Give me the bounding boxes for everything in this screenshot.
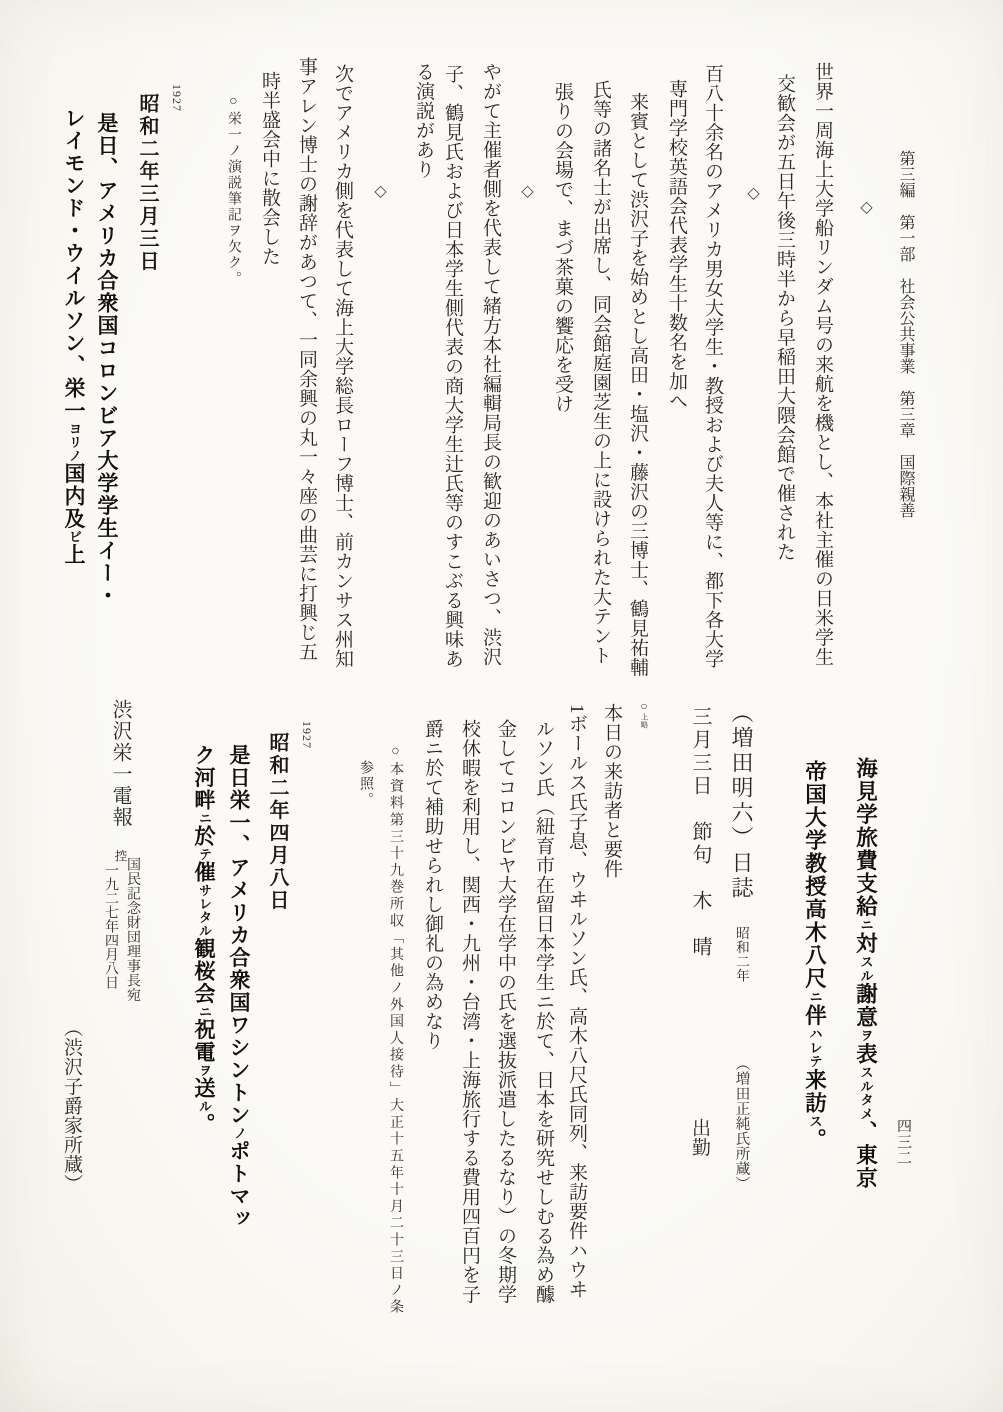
- diamond-4: ◇: [371, 181, 387, 201]
- source-2-title: 渋沢栄一電報 控: [110, 699, 130, 862]
- p3-l2: 子、鶴見氏および日本学生側代表の商大学生辻氏等のすこぶる興味あ: [443, 64, 462, 669]
- diamond-3: ◇: [518, 181, 534, 201]
- diamond-1: ◇: [857, 197, 873, 217]
- diary-l1: 本日の来訪者と要件: [602, 703, 621, 879]
- p2-l4: 氏等の諸名士が出席し、同会館庭園芝生の上に設けられた大テント: [591, 80, 610, 665]
- scanned-book-page: 第三編 第一部 社会公共事業 第三章 国際親善◇世界一周海上大学船リンダム号の来…: [0, 0, 1003, 1412]
- note-3-l1: ○本資料第三十九巻所収「其他ノ外国人接待」大正十五年十月二十三日ノ条: [388, 744, 402, 1316]
- diary-l2: 1ボールス氏子息、ウヰルソン氏、高木八尺氏同列、来訪要件ハウヰ: [567, 704, 586, 1299]
- note-3-l2: 参照。: [358, 760, 372, 808]
- diary-l5: 校休暇を利用し、関西・九州・台湾・上海旅行する費用四百円を子: [460, 719, 479, 1304]
- headline-2-l2: ク河畔ニ於テ催サレタル観桜会ニ祝電ヲ送ル。: [193, 744, 214, 1136]
- p2-l5: 張りの会場で、まづ茶菓の饗応を受け: [553, 82, 572, 414]
- p4-l3: 時半盛会中に散会した: [260, 71, 279, 266]
- year-1: 1927: [171, 84, 183, 112]
- source-2-owner: （渋沢子爵家所蔵）: [62, 1018, 81, 1194]
- p2-l3: 来賓として渋沢子を始めとし高田・塩沢・藤沢の三博士、鶴見祐輔: [628, 92, 647, 677]
- source-2-addressee: 国民記念財団理事長宛: [125, 857, 139, 1002]
- headline-1-l4: 帝国大学教授高木八尺ニ伴ハレテ来訪ス。: [803, 760, 825, 1151]
- diary-l4: 金してコロンビヤ大学在学中の氏を選抜派遣したるなり）の冬期学: [496, 719, 515, 1304]
- folio-header: 第三編 第一部 社会公共事業 第三章 国際親善: [897, 150, 913, 518]
- p4-l1: 次でアメリカ側を代表して海上大学総長ローフ博士、前カンサス州知: [333, 64, 352, 669]
- headline-1-l1: 是日、アメリカ合衆国コロンビア大学学生イー・: [96, 112, 117, 607]
- diary-l3: ルソン氏（紐育市在留日本学生ニ於て、日本を研究せしむる為め醵: [534, 719, 553, 1304]
- headline-2-l1: 是日栄一、アメリカ合衆国ワシントンノポトマッ: [228, 744, 249, 1230]
- diary-date: 三月三日 節句 木 晴: [690, 706, 710, 959]
- source-1-title: （増田明六）日誌 昭和二年: [730, 701, 752, 983]
- p4-l2: 事アレン博士の謝辞があつて、一同余興の丸一々座の曲芸に打興じ五: [297, 57, 316, 662]
- p2-l2: 専門学校英語会代表学生十数名を加へ: [667, 79, 686, 411]
- headline-1-l3: 海見学旅費支給ニ対スル謝意ヲ表スルタメ、東京: [854, 757, 876, 1190]
- page-number: 四三二: [895, 1118, 910, 1166]
- p1-l1: 世界一周海上大学船リンダム号の来航を機とし、本社主催の日米学生: [813, 62, 832, 667]
- note-1: ○栄一ノ演説筆記ヲ欠ク。: [226, 94, 240, 287]
- diamond-2: ◇: [744, 183, 760, 203]
- source-2-date: 一九二七年四月八日: [103, 863, 117, 989]
- date-heading-2: 昭和二年四月八日: [267, 732, 287, 912]
- note-2: ○上略: [638, 699, 650, 729]
- date-heading-1: 昭和二年三月三日: [137, 93, 157, 273]
- p2-l1: 百八十余名のアメリカ男女大学生・教授および夫人等に、都下各大学: [703, 64, 722, 669]
- p1-l2: 交歓会が五日午後三時半から早稲田大隈会館で催された: [775, 74, 794, 562]
- year-2: 1927: [301, 721, 313, 749]
- diary-l6: 爵ニ於て補助せられし御礼の為めなり: [423, 719, 442, 1051]
- diary-attendance: 出勤: [690, 1118, 709, 1157]
- headline-1-l2: レイモンド・ウイルソン、栄一ヨリノ国内及ビ上: [63, 107, 84, 566]
- p3-l1: やがて主催者側を代表して緒方本社編輯局長の歓迎のあいさつ、渋沢: [481, 62, 500, 667]
- p3-l3: る演説があり: [414, 62, 433, 179]
- source-1-owner: （増田正純氏所蔵）: [734, 1056, 749, 1191]
